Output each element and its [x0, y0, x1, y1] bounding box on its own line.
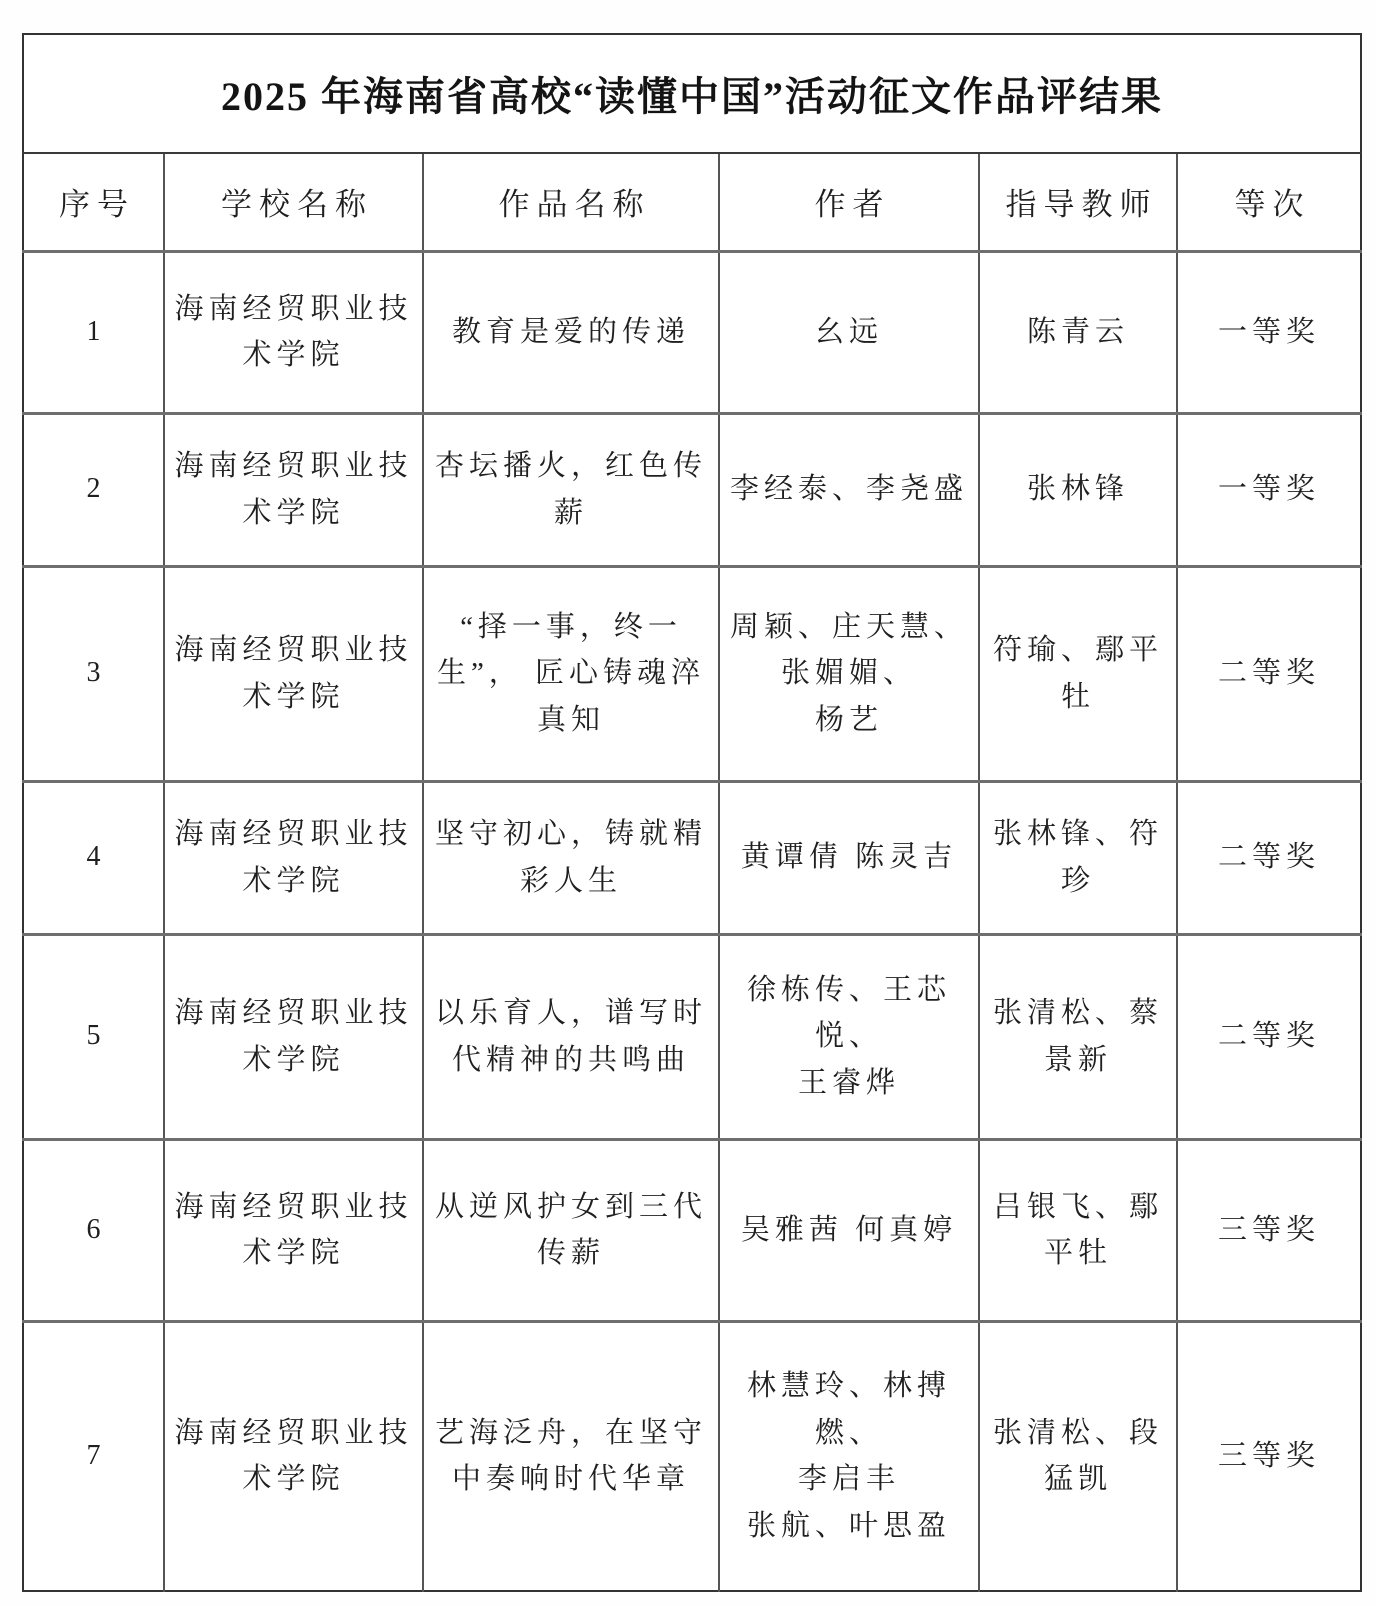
cell-work: 坚守初心，铸就精 彩人生 [423, 781, 719, 934]
cell-award: 一等奖 [1177, 251, 1361, 413]
cell-work: 艺海泛舟，在坚守 中奏响时代华章 [423, 1321, 719, 1591]
cell-authors: 吴雅茜 何真婷 [719, 1139, 979, 1321]
cell-award: 二等奖 [1177, 566, 1361, 781]
cell-school: 海南经贸职业技 术学院 [164, 934, 423, 1139]
column-header-award: 等次 [1177, 153, 1361, 251]
table-row: 5 海南经贸职业技 术学院 以乐育人，谱写时 代精神的共鸣曲 徐栋传、王芯悦、 … [23, 934, 1361, 1139]
cell-work: 教育是爱的传递 [423, 251, 719, 413]
table-row: 6 海南经贸职业技 术学院 从逆风护女到三代 传薪 吴雅茜 何真婷 吕银飞、鄢 … [23, 1139, 1361, 1321]
column-header-school: 学校名称 [164, 153, 423, 251]
table-row: 7 海南经贸职业技 术学院 艺海泛舟，在坚守 中奏响时代华章 林慧玲、林搏燃、 … [23, 1321, 1361, 1591]
cell-authors: 黄谭倩 陈灵吉 [719, 781, 979, 934]
cell-school: 海南经贸职业技 术学院 [164, 413, 423, 566]
column-header-author: 作者 [719, 153, 979, 251]
cell-no: 6 [23, 1139, 164, 1321]
cell-no: 3 [23, 566, 164, 781]
cell-school: 海南经贸职业技 术学院 [164, 1321, 423, 1591]
cell-teachers: 陈青云 [979, 251, 1177, 413]
cell-no: 1 [23, 251, 164, 413]
cell-school: 海南经贸职业技 术学院 [164, 781, 423, 934]
table-row: 1 海南经贸职业技 术学院 教育是爱的传递 幺远 陈青云 一等奖 [23, 251, 1361, 413]
document-page: 2025 年海南省高校“读懂中国”活动征文作品评结果 序号 学校名称 作品名称 … [0, 0, 1376, 1606]
cell-teachers: 符瑜、鄢平 牡 [979, 566, 1177, 781]
cell-award: 二等奖 [1177, 934, 1361, 1139]
cell-work: 从逆风护女到三代 传薪 [423, 1139, 719, 1321]
column-header-work: 作品名称 [423, 153, 719, 251]
table-row: 3 海南经贸职业技 术学院 “择一事，终一 生”， 匠心铸魂淬 真知 周颖、庄天… [23, 566, 1361, 781]
table-header-row: 序号 学校名称 作品名称 作者 指导教师 等次 [23, 153, 1361, 251]
cell-school: 海南经贸职业技 术学院 [164, 566, 423, 781]
results-table: 2025 年海南省高校“读懂中国”活动征文作品评结果 序号 学校名称 作品名称 … [22, 33, 1362, 1592]
cell-no: 5 [23, 934, 164, 1139]
cell-work: “择一事，终一 生”， 匠心铸魂淬 真知 [423, 566, 719, 781]
cell-teachers: 张清松、段 猛凯 [979, 1321, 1177, 1591]
cell-award: 一等奖 [1177, 413, 1361, 566]
cell-award: 三等奖 [1177, 1139, 1361, 1321]
cell-teachers: 张林锋、符 珍 [979, 781, 1177, 934]
cell-teachers: 吕银飞、鄢 平牡 [979, 1139, 1177, 1321]
column-header-no: 序号 [23, 153, 164, 251]
cell-teachers: 张林锋 [979, 413, 1177, 566]
cell-authors: 李经泰、李尧盛 [719, 413, 979, 566]
cell-school: 海南经贸职业技 术学院 [164, 251, 423, 413]
cell-school: 海南经贸职业技 术学院 [164, 1139, 423, 1321]
cell-award: 三等奖 [1177, 1321, 1361, 1591]
table-row: 2 海南经贸职业技 术学院 杏坛播火，红色传 薪 李经泰、李尧盛 张林锋 一等奖 [23, 413, 1361, 566]
cell-authors: 周颖、庄天慧、 张媚媚、 杨艺 [719, 566, 979, 781]
page-title: 2025 年海南省高校“读懂中国”活动征文作品评结果 [23, 34, 1361, 153]
cell-work: 以乐育人，谱写时 代精神的共鸣曲 [423, 934, 719, 1139]
cell-award: 二等奖 [1177, 781, 1361, 934]
cell-work: 杏坛播火，红色传 薪 [423, 413, 719, 566]
column-header-teacher: 指导教师 [979, 153, 1177, 251]
cell-authors: 林慧玲、林搏燃、 李启丰 张航、叶思盈 [719, 1321, 979, 1591]
cell-no: 7 [23, 1321, 164, 1591]
cell-no: 4 [23, 781, 164, 934]
cell-authors: 幺远 [719, 251, 979, 413]
table-row: 4 海南经贸职业技 术学院 坚守初心，铸就精 彩人生 黄谭倩 陈灵吉 张林锋、符… [23, 781, 1361, 934]
table-title-row: 2025 年海南省高校“读懂中国”活动征文作品评结果 [23, 34, 1361, 153]
cell-teachers: 张清松、蔡 景新 [979, 934, 1177, 1139]
cell-authors: 徐栋传、王芯悦、 王睿烨 [719, 934, 979, 1139]
cell-no: 2 [23, 413, 164, 566]
